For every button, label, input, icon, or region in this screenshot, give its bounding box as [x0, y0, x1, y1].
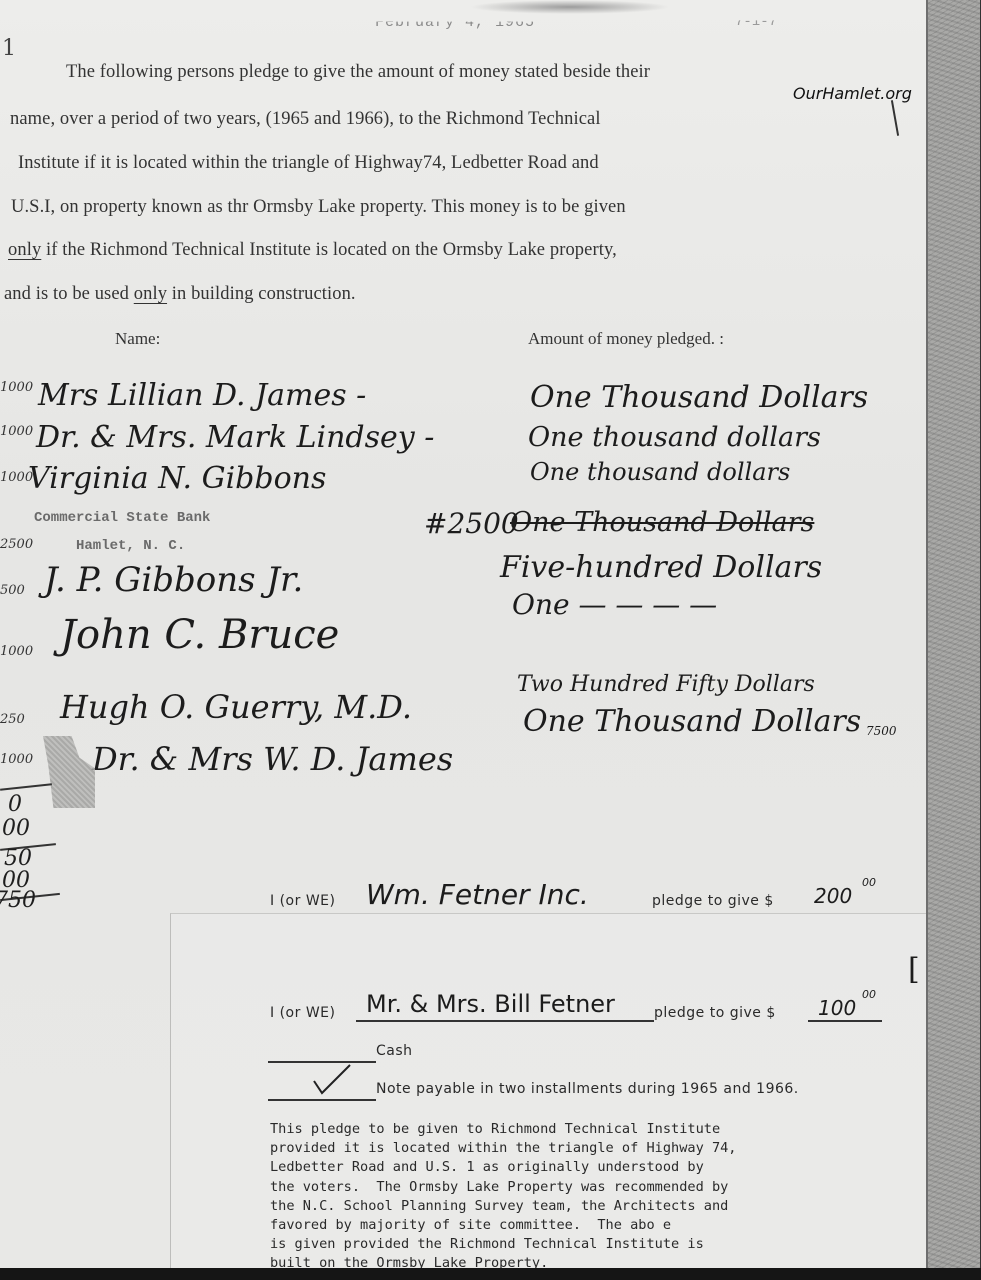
signature: J. P. Gibbons Jr.	[44, 560, 303, 600]
body-line-2: name, over a period of two years, (1965 …	[10, 109, 601, 130]
slip-prefix: I (or WE)	[270, 893, 335, 909]
tally-figure: 00	[2, 816, 30, 841]
signature: John C. Bruce	[60, 612, 339, 658]
conditions-paragraph: This pledge to be given to Richmond Tech…	[270, 1120, 890, 1274]
amount-column-header: Amount of money pledged. :	[528, 329, 724, 349]
header-reference-code: 7-1-7	[735, 14, 777, 30]
slip-prefix: I (or WE)	[270, 1005, 335, 1021]
corner-pen-mark: 1	[2, 36, 16, 61]
pledge-amount: One Thousand Dollars	[523, 704, 861, 739]
signature: Hugh O. Guerry, M.D.	[60, 688, 412, 726]
pledge-amount: One — — — —	[512, 588, 717, 621]
checkmark-icon	[312, 1063, 356, 1095]
margin-amount: 1000	[0, 424, 33, 439]
signature: Virginia N. Gibbons	[28, 461, 326, 496]
note-option-label: Note payable in two installments during …	[376, 1081, 799, 1097]
note-option-line	[268, 1099, 376, 1101]
tally-figure: 0	[8, 792, 22, 817]
pledge-amount: One thousand dollars	[528, 422, 821, 453]
pledge-amount: One thousand dollars	[530, 458, 790, 486]
slip-cents: 00	[862, 876, 876, 889]
pen-bracket-mark: [	[908, 952, 920, 987]
slip-cents: 00	[862, 988, 876, 1001]
slip-pledger: Mr. & Mrs. Bill Fetner	[366, 990, 615, 1018]
pledge-amount-note: #2500	[424, 507, 519, 540]
header-date: February 4, 1965	[375, 14, 535, 31]
slip-amount: 200	[814, 884, 852, 908]
margin-amount: 2500	[0, 537, 33, 552]
bank-stamp-line-2: Hamlet, N. C.	[76, 538, 185, 554]
body-line-4: U.S.I, on property known as thr Ormsby L…	[11, 197, 626, 218]
pen-stroke	[891, 100, 899, 136]
tally-rule	[0, 783, 52, 790]
margin-amount: 500	[0, 583, 25, 598]
watermark: OurHamlet.org	[793, 84, 912, 103]
pledge-running-total: 7500	[866, 724, 897, 738]
body-line-6: and is to be used only in building const…	[4, 284, 356, 305]
tape-residue	[43, 736, 95, 808]
bank-stamp-line-1: Commercial State Bank	[34, 510, 210, 526]
margin-amount: 1000	[0, 752, 33, 767]
slip-pledge-text: pledge to give $	[652, 893, 774, 909]
emphasis-only: only	[8, 240, 41, 260]
margin-amount: 1000	[0, 644, 33, 659]
emphasis-only: only	[134, 284, 167, 304]
signature: Dr. & Mrs. Mark Lindsey -	[36, 420, 434, 455]
pledge-amount-struck: One Thousand Dollars	[510, 507, 814, 538]
tally-figure: 750	[0, 888, 36, 913]
scanned-page: February 4, 1965 7-1-7 1 OurHamlet.org T…	[0, 0, 926, 1268]
pledge-amount: One Thousand Dollars	[530, 380, 868, 415]
slip-pledge-text: pledge to give $	[654, 1005, 776, 1021]
pledge-amount: Five-hundred Dollars	[500, 550, 822, 585]
scan-smudge	[470, 0, 670, 14]
pledge-amount: Two Hundred Fifty Dollars	[517, 672, 815, 697]
body-line-5: only if the Richmond Technical Institute…	[8, 240, 617, 261]
slip-amount: 100	[818, 996, 856, 1020]
cash-option-label: Cash	[376, 1043, 413, 1059]
slip-fill-line	[808, 1020, 882, 1022]
scan-edge-shadow	[926, 0, 981, 1280]
body-line-1: The following persons pledge to give the…	[66, 62, 650, 83]
body-line-3: Institute if it is located within the tr…	[18, 153, 599, 174]
margin-amount: 1000	[0, 380, 33, 395]
margin-amount: 250	[0, 712, 25, 727]
name-column-header: Name:	[115, 329, 160, 349]
scan-bottom-edge	[0, 1268, 981, 1280]
signature: Dr. & Mrs W. D. James	[92, 740, 453, 778]
signature: Mrs Lillian D. James -	[38, 378, 366, 413]
slip-fill-line	[356, 1020, 654, 1022]
slip-pledger: Wm. Fetner Inc.	[366, 878, 589, 911]
